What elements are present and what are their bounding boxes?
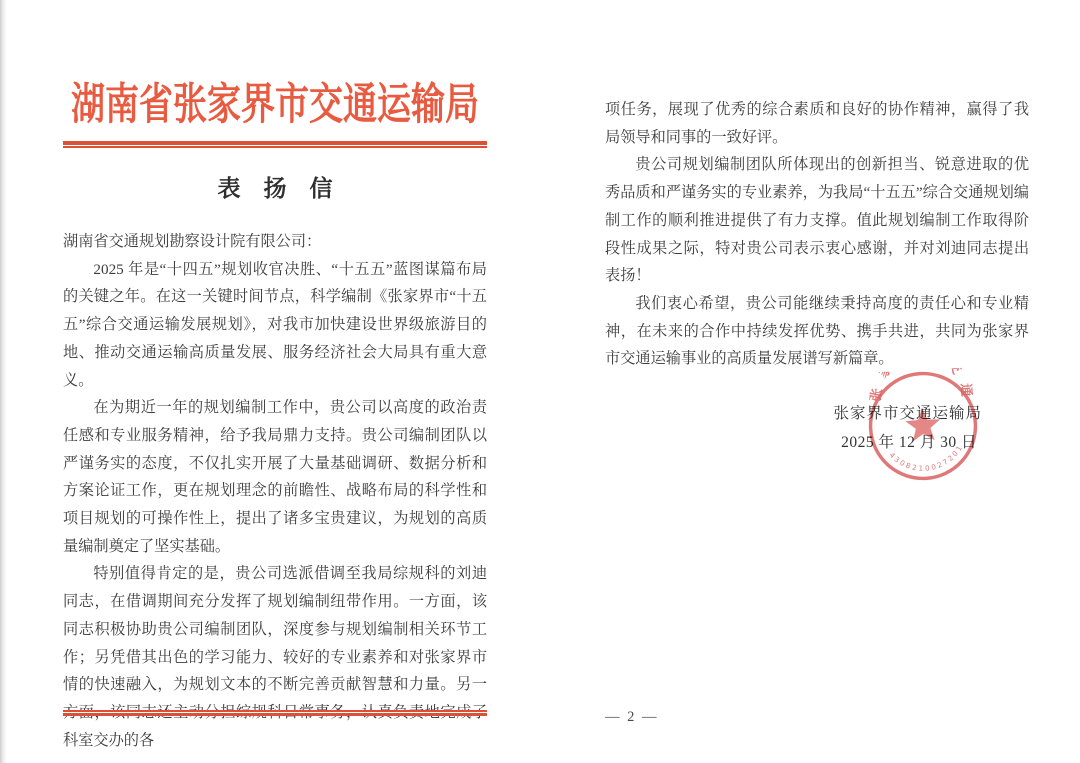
scan-edge (0, 0, 7, 763)
seal-star-icon (905, 407, 942, 442)
paragraph-continuation: 项任务，展现了优秀的综合素质和良好的协作精神，赢得了我局领导和同事的一致好评。 (605, 96, 1029, 151)
letter-body-right: 项任务，展现了优秀的综合素质和良好的协作精神，赢得了我局领导和同事的一致好评。 … (605, 96, 1029, 373)
footer-rule (63, 710, 487, 716)
official-seal-graphic: 张家界市交通运输局 4308210027201 (864, 367, 982, 485)
paragraph: 2025 年是“十四五”规划收官决胜、“十五五”蓝图谋篇布局的关键之年。在这一关… (63, 256, 487, 395)
paragraph: 我们衷心希望，贵公司能继续秉持高度的责任心和专业精神，在未来的合作中持续发挥优势… (605, 290, 1029, 373)
letter-body-left: 湖南省交通规划勘察设计院有限公司： 2025 年是“十四五”规划收官决胜、“十五… (63, 228, 487, 754)
letterhead-rule (63, 141, 487, 148)
official-seal: 张家界市交通运输局 4308210027201 (864, 367, 982, 485)
letterhead-title: 湖南省张家界市交通运输局 (63, 73, 487, 140)
paragraph: 特别值得肯定的是，贵公司选派借调至我局综规科的刘迪同志，在借调期间充分发挥了规划… (63, 560, 487, 754)
page-number: — 2 — (605, 709, 659, 726)
salutation: 湖南省交通规划勘察设计院有限公司： (63, 228, 487, 256)
paragraph: 贵公司规划编制团队所体现出的创新担当、锐意进取的优秀品质和严谨务实的专业素养，为… (605, 151, 1029, 290)
letter-title: 表 扬 信 (63, 170, 487, 203)
paragraph: 在为期近一年的规划编制工作中，贵公司以高度的政治责任感和专业服务精神，给予我局鼎… (63, 394, 487, 560)
